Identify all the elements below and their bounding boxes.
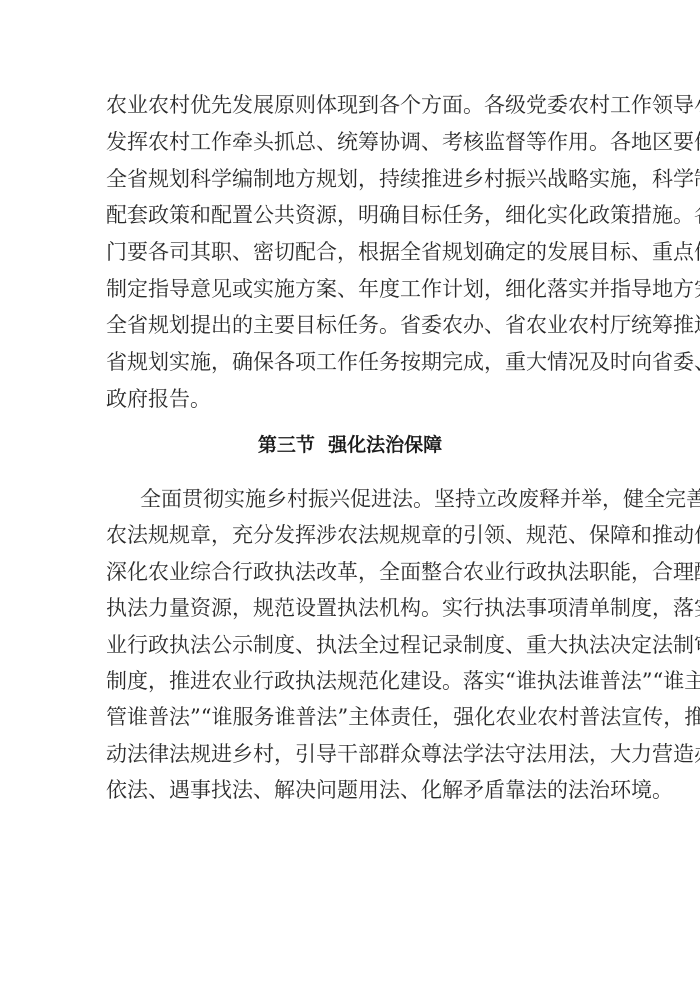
text-line: 配套政策和配置公共资源，明确目标任务，细化实化政策措施。各部 <box>106 203 592 227</box>
text-line: 农法规规章，充分发挥涉农法规规章的引领、规范、保障和推动作用。 <box>106 523 592 547</box>
text-line: 农业农村优先发展原则体现到各个方面。各级党委农村工作领导小组 <box>106 93 592 117</box>
text-line: 深化农业综合行政执法改革，全面整合农业行政执法职能，合理配置 <box>106 560 592 584</box>
section-heading: 第三节 强化法治保障 <box>0 433 700 457</box>
text-line: 门要各司其职、密切配合，根据全省规划确定的发展目标、重点任务， <box>106 240 592 264</box>
text-line: 发挥农村工作牵头抓总、统筹协调、考核监督等作用。各地区要依据 <box>106 130 592 154</box>
text-line: 业行政执法公示制度、执法全过程记录制度、重大执法决定法制审核 <box>106 633 592 657</box>
text-line: 执法力量资源，规范设置执法机构。实行执法事项清单制度，落实农 <box>106 596 592 620</box>
text-line: 全省规划提出的主要目标任务。省委农办、省农业农村厅统筹推进全 <box>106 313 592 337</box>
text-line: 制定指导意见或实施方案、年度工作计划，细化落实并指导地方完成 <box>106 277 592 301</box>
text-line: 动法律法规进乡村，引导干部群众尊法学法守法用法，大力营造办事 <box>106 742 592 766</box>
text-line: 制度，推进农业行政执法规范化建设。落实“谁执法谁普法”“谁主 <box>106 669 592 693</box>
text-line: 依法、遇事找法、解决问题用法、化解矛盾靠法的法治环境。 <box>106 778 592 802</box>
text-line: 管谁普法”“谁服务谁普法”主体责任，强化农业农村普法宣传，推 <box>106 705 592 729</box>
text-line: 省规划实施，确保各项工作任务按期完成，重大情况及时向省委、省 <box>106 350 592 374</box>
document-page: 农业农村优先发展原则体现到各个方面。各级党委农村工作领导小组 发挥农村工作牵头抓… <box>0 0 700 990</box>
text-line: 政府报告。 <box>106 387 592 411</box>
text-line: 全省规划科学编制地方规划，持续推进乡村振兴战略实施，科学制定 <box>106 167 592 191</box>
text-line: 全面贯彻实施乡村振兴促进法。坚持立改废释并举，健全完善涉 <box>140 487 592 511</box>
